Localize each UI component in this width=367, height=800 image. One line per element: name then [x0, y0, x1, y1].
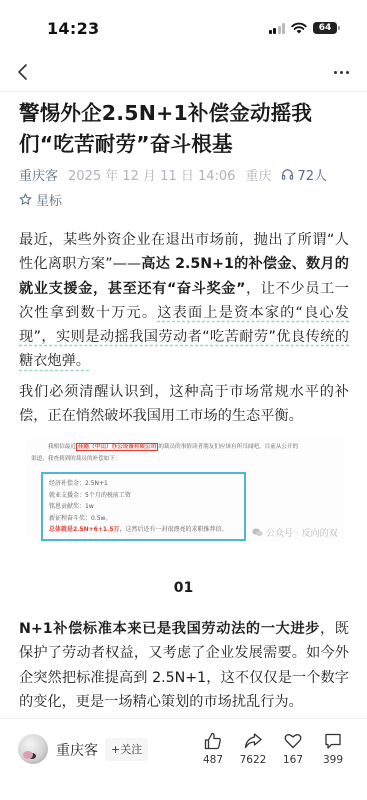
embed-item: 铭恩贡献奖：1w [49, 501, 238, 513]
status-time: 14:23 [47, 19, 99, 38]
status-bar: 14:23 64 [0, 0, 367, 52]
embed-line-2: 渠道，我查到到的裁员的补偿如下： [31, 454, 121, 462]
paragraph-2: 我们必须清醒认识到，这种高于市场常规水平的补偿，正在悄然破坏我国用工市场的生态平… [19, 380, 349, 429]
more-dot [340, 71, 343, 74]
thumbs-up-icon [203, 731, 223, 751]
listen-button[interactable]: 72人 [281, 165, 327, 184]
paragraph-intro: 最近，某些外资企业在退出市场前，抛出了所谓“人性化离职方案”——高达 2.5N+… [19, 228, 349, 374]
embed-item: 经济补偿金：2.5N+1 [49, 478, 238, 490]
embed-line-1: 我相信最近佳能（中山）办公设备有限公司的裁员的事情读者朋友们应该有所耳闻吧，目前… [48, 442, 298, 450]
embed-text: 的裁员的事情读者朋友们应该有所耳闻吧，目前从公开的 [158, 444, 298, 450]
embed-company-highlight: 佳能（中山）办公设备有限公司 [76, 443, 158, 451]
bottom-action-bar: 重庆客 +关注 487 7622 167 399 [0, 718, 367, 800]
more-horizontal-icon [334, 71, 337, 74]
wifi-icon [291, 22, 307, 34]
follow-button[interactable]: +关注 [105, 738, 148, 761]
favorite-count: 167 [283, 754, 303, 766]
section-number: 01 [0, 580, 367, 596]
article-meta: 重庆客 2025 年 12 月 11 日 14:06 重庆 72人 [19, 165, 327, 184]
share-count: 7622 [240, 754, 267, 766]
star-button[interactable]: 星标 [19, 190, 62, 209]
embedded-article-image[interactable]: 我相信最近佳能（中山）办公设备有限公司的裁员的事情读者朋友们应该有所耳闻吧，目前… [26, 437, 344, 542]
embed-item: 就业支援金：5个月的税前工资 [49, 490, 238, 502]
headphones-icon [281, 168, 294, 181]
status-icons: 64 [269, 22, 338, 34]
p3-text-bold: N+1补偿标准本来已是我国劳动法的一大进步 [19, 621, 320, 637]
action-buttons: 487 7622 167 399 [193, 731, 353, 766]
like-button[interactable]: 487 [193, 731, 233, 766]
comment-button[interactable]: 399 [313, 731, 353, 766]
share-button[interactable]: 7622 [233, 731, 273, 766]
meta-date: 2025 年 12 月 11 日 14:06 [68, 165, 235, 184]
battery-indicator: 64 [313, 22, 337, 34]
watermark-text: 公众号 · 反向的双 [266, 526, 338, 539]
meta-author-link[interactable]: 重庆客 [19, 165, 58, 184]
embed-summary-rest: ，这然后还有一封很漂亮的求职推荐信。 [120, 526, 228, 533]
embed-text: 我相信最近 [48, 444, 76, 450]
meta-location: 重庆 [245, 165, 271, 184]
comment-icon [323, 731, 343, 751]
comment-count: 399 [323, 754, 343, 766]
embed-watermark: 公众号 · 反向的双 [252, 526, 338, 539]
back-button[interactable] [12, 60, 36, 84]
paragraph-3: N+1补偿标准本来已是我国劳动法的一大进步，既保护了劳动者权益，又考虑了企业发展… [19, 617, 349, 714]
wechat-icon [252, 528, 263, 537]
cellular-signal-icon [269, 23, 286, 34]
more-dot [346, 71, 349, 74]
star-icon [19, 193, 32, 206]
listener-count: 72人 [297, 165, 327, 184]
like-count: 487 [203, 754, 223, 766]
embed-summary: 总体就是2.5N+6+1.5万，这然后还有一封很漂亮的求职推荐信。 [49, 524, 238, 536]
favorite-button[interactable]: 167 [273, 731, 313, 766]
embed-item: 新征程奋斗奖：0.5w。 [49, 513, 238, 525]
heart-icon [283, 731, 303, 751]
star-label: 星标 [36, 190, 62, 209]
article-title: 警惕外企2.5N+1补偿金动摇我们“吃苦耐劳”奋斗根基 [19, 98, 354, 160]
share-icon [243, 731, 263, 751]
nav-bar [0, 52, 367, 92]
author-avatar[interactable] [18, 734, 48, 764]
embed-compensation-box: 经济补偿金：2.5N+1 就业支援金：5个月的税前工资 铭恩贡献奖：1w 新征程… [41, 472, 246, 541]
embed-summary-red: 总体就是2.5N+6+1.5万 [49, 526, 120, 533]
more-button[interactable] [329, 60, 353, 84]
chevron-left-icon [12, 60, 36, 84]
bottom-author-name[interactable]: 重庆客 [56, 740, 98, 760]
